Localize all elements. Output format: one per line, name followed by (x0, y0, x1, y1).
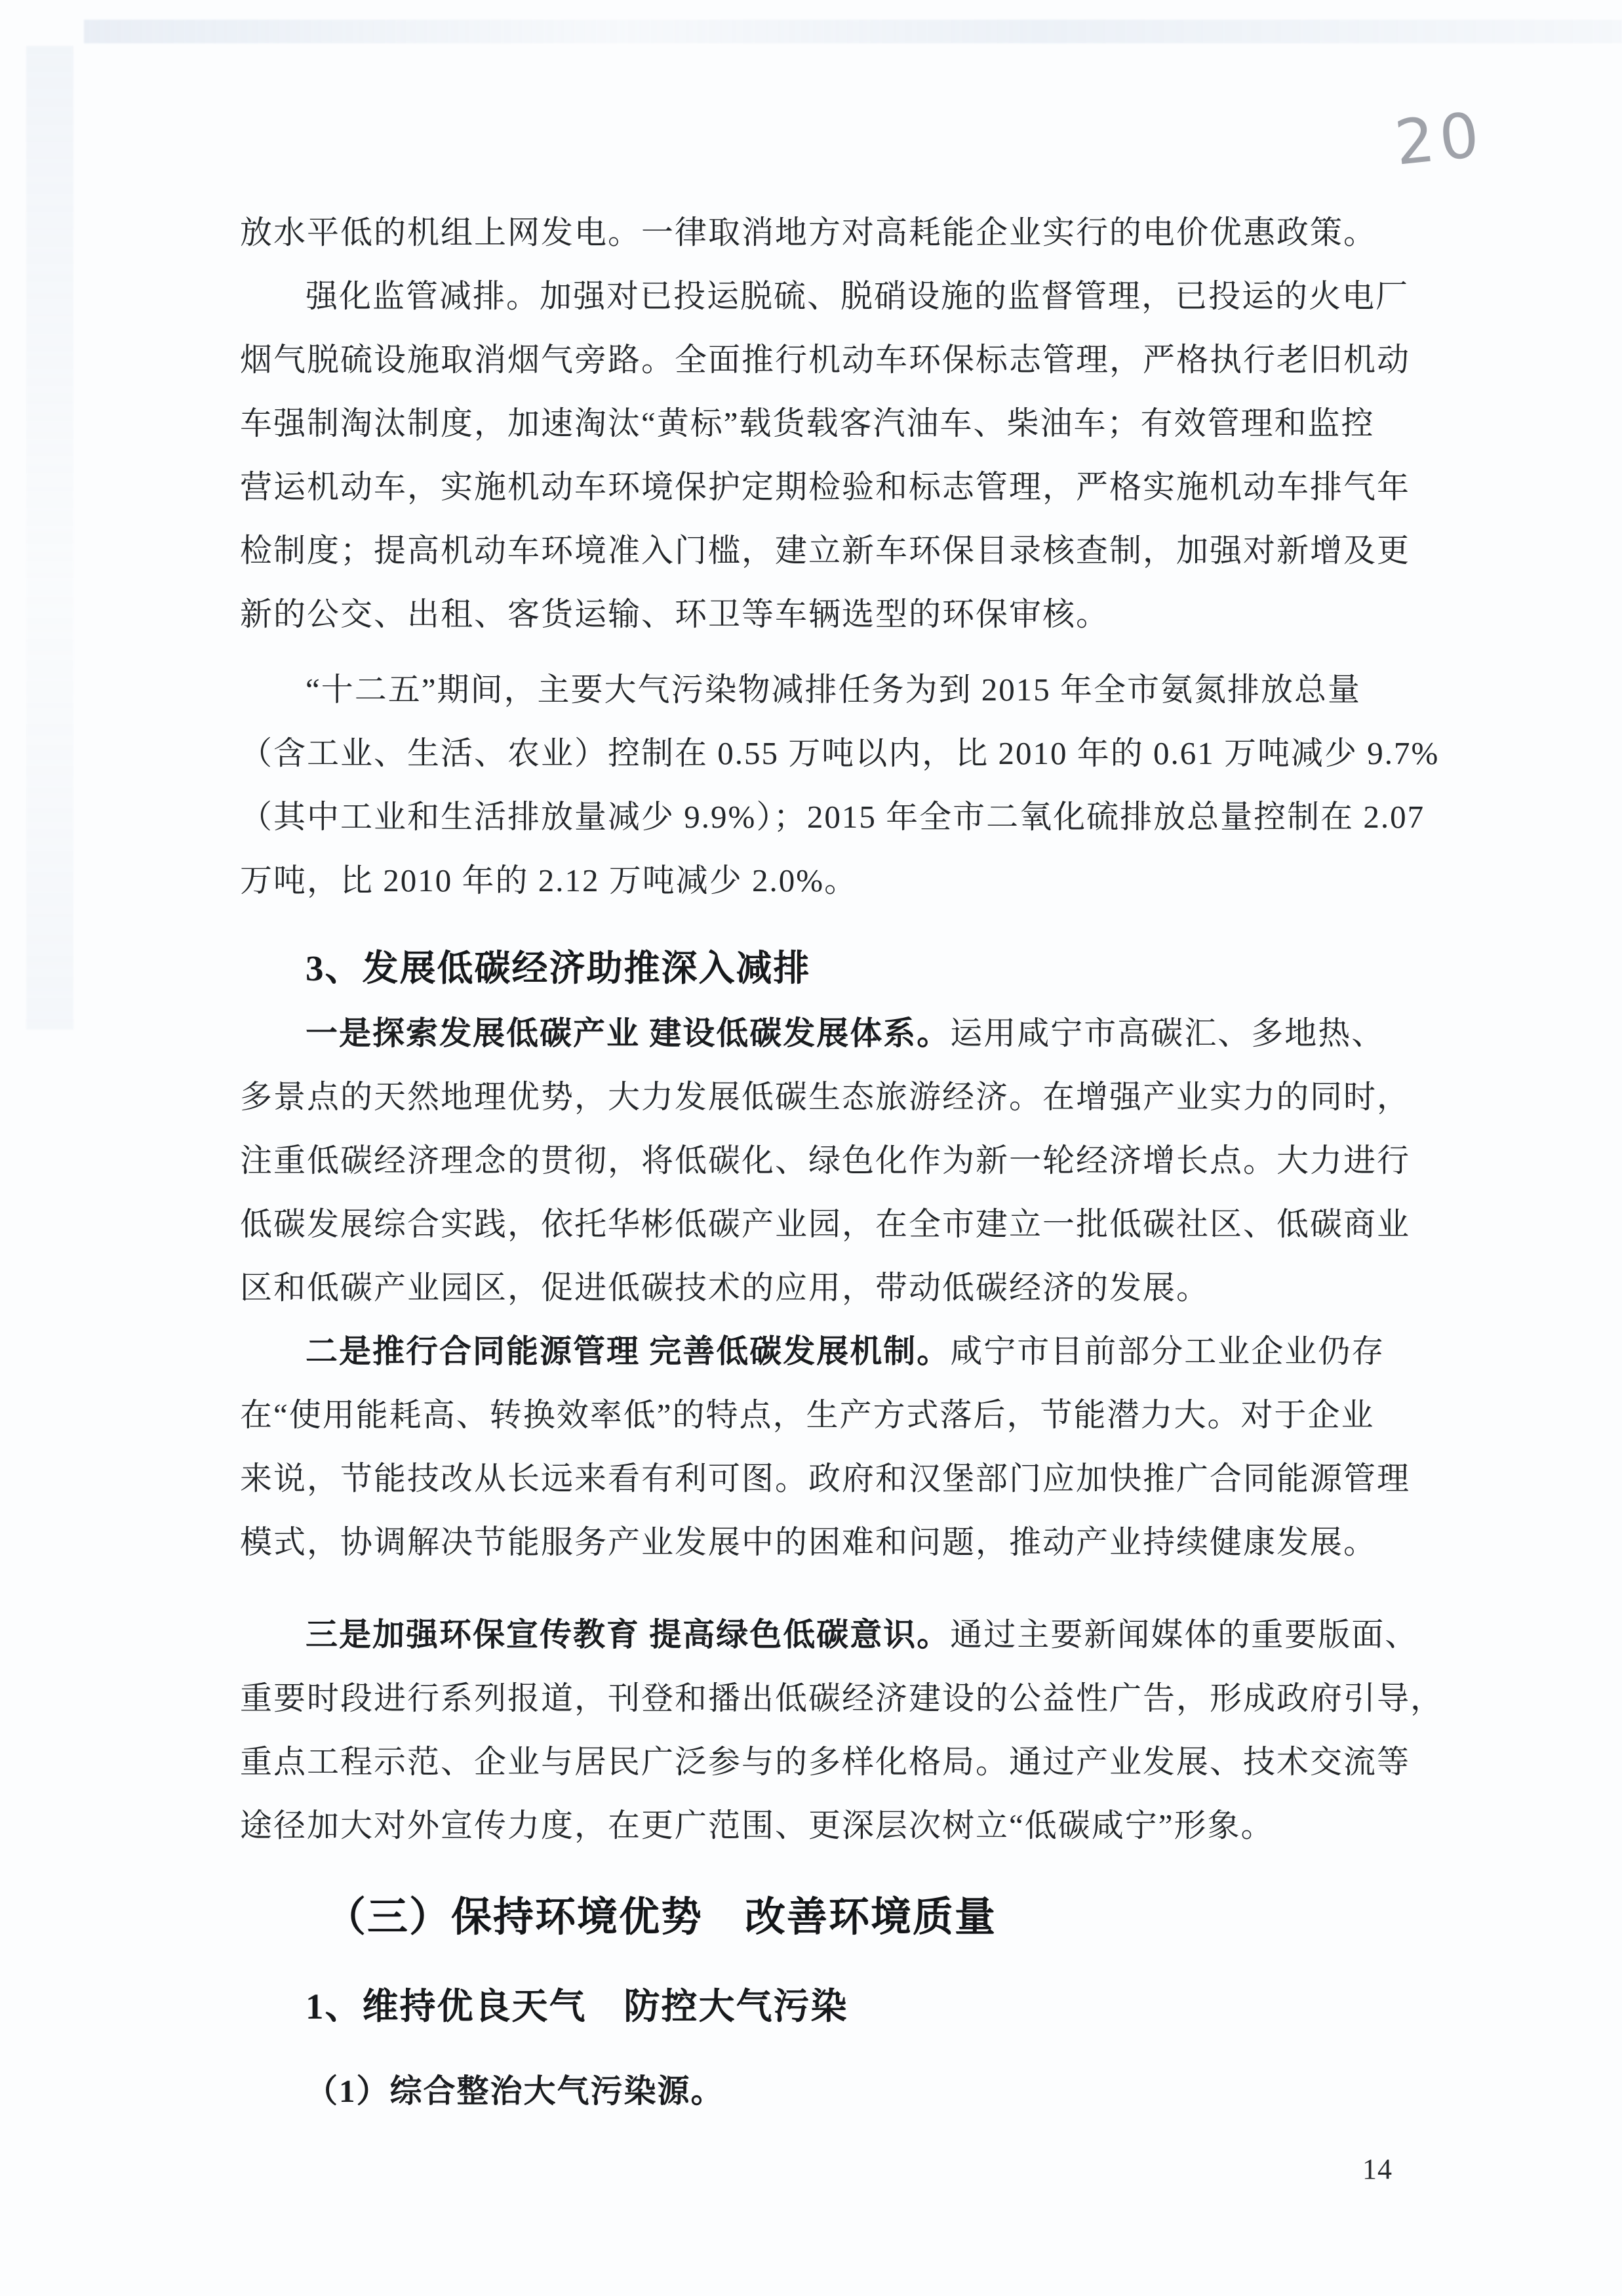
text-run: 营运机动车，实施机动车环境保护定期检验和标志管理，严格实施机动车排气年 (240, 469, 1410, 505)
text-line: 来说，节能技改从长远来看有利可图。政府和汉堡部门应加快推广合同能源管理 (240, 1447, 1400, 1510)
text-run: 模式，协调解决节能服务产业发展中的困难和问题，推动产业持续健康发展。 (240, 1524, 1377, 1560)
heading-1-maintain-good-weather: 1、维持优良天气 防控大气污染 (240, 1974, 1400, 2040)
text-line: （含工业、生活、农业）控制在 0.55 万吨以内，比 2010 年的 0.61 … (240, 721, 1400, 785)
text-run: 放水平低的机组上网发电。一律取消地方对高耗能企业实行的电价优惠政策。 (240, 214, 1377, 251)
scan-artifact-top-band (84, 20, 1622, 43)
text-run: 途径加大对外宣传力度，在更广范围、更深层次树立“低碳咸宁”形象。 (240, 1807, 1275, 1843)
bold-run: 三是加强环保宣传教育 提高绿色低碳意识。 (306, 1617, 950, 1653)
text-run: （含工业、生活、农业）控制在 0.55 万吨以内，比 2010 年的 0.61 … (240, 735, 1439, 771)
text-run: 多景点的天然地理优势，大力发展低碳生态旅游经济。在增强产业实力的同时， (240, 1079, 1410, 1115)
text-run: 万吨，比 2010 年的 2.12 万吨减少 2.0%。 (240, 862, 858, 898)
heading-section-3-maintain-environment-advantage: （三）保持环境优势 改善环境质量 (240, 1881, 1400, 1954)
text-run: 区和低碳产业园区，促进低碳技术的应用，带动低碳经济的发展。 (240, 1270, 1210, 1306)
text-line: 途径加大对外宣传力度，在更广范围、更深层次树立“低碳咸宁”形象。 (240, 1794, 1400, 1857)
paragraph-first-explore-low-carbon-industry: 一是探索发展低碳产业 建设低碳发展体系。运用咸宁市高碳汇、多地热、多景点的天然地… (240, 1001, 1400, 1319)
text-line: 放水平低的机组上网发电。一律取消地方对高耗能企业实行的电价优惠政策。 (240, 201, 1400, 264)
text-run: 重点工程示范、企业与居民广泛参与的多样化格局。通过产业发展、技术交流等 (240, 1744, 1410, 1780)
heading-3-develop-low-carbon-economy: 3、发展低碳经济助推深入减排 (240, 936, 1400, 1001)
text-run: 通过主要新闻媒体的重要版面、 (950, 1617, 1418, 1653)
text-line: 模式，协调解决节能服务产业发展中的困难和问题，推动产业持续健康发展。 (240, 1510, 1400, 1574)
paragraph-12th-five-year-emission-targets: “十二五”期间，主要大气污染物减排任务为到 2015 年全市氨氮排放总量（含工业… (240, 658, 1400, 912)
text-line: 重点工程示范、企业与居民广泛参与的多样化格局。通过产业发展、技术交流等 (240, 1730, 1400, 1794)
text-run: 咸宁市目前部分工业企业仍存 (950, 1333, 1385, 1369)
paragraph-third-environmental-publicity: 三是加强环保宣传教育 提高绿色低碳意识。通过主要新闻媒体的重要版面、重要时段进行… (240, 1603, 1400, 1857)
text-run: 低碳发展综合实践，依托华彬低碳产业园，在全市建立一批低碳社区、低碳商业 (240, 1206, 1410, 1242)
text-line: 检制度；提高机动车环境准入门槛，建立新车环保目录核查制，加强对新增及更 (240, 519, 1400, 582)
text-run: 重要时段进行系列报道，刊登和播出低碳经济建设的公益性广告，形成政府引导， (240, 1680, 1444, 1716)
text-run: 3、发展低碳经济助推深入减排 (306, 948, 811, 988)
text-line: 强化监管减排。加强对已投运脱硫、脱硝设施的监督管理，已投运的火电厂 (240, 264, 1400, 328)
text-line: 车强制淘汰制度，加速淘汰“黄标”载货载客汽油车、柴油车；有效管理和监控 (240, 392, 1400, 455)
paragraph-second-contract-energy-management: 二是推行合同能源管理 完善低碳发展机制。咸宁市目前部分工业企业仍存在“使用能耗高… (240, 1319, 1400, 1574)
text-run: 烟气脱硫设施取消烟气旁路。全面推行机动车环保标志管理，严格执行老旧机动 (240, 342, 1410, 378)
text-line: 一是探索发展低碳产业 建设低碳发展体系。运用咸宁市高碳汇、多地热、 (240, 1001, 1400, 1065)
text-run: 注重低碳经济理念的贯彻，将低碳化、绿色化作为新一轮经济增长点。大力进行 (240, 1142, 1410, 1178)
text-line: 注重低碳经济理念的贯彻，将低碳化、绿色化作为新一轮经济增长点。大力进行 (240, 1129, 1400, 1192)
text-run: （三）保持环境优势 改善环境质量 (325, 1895, 997, 1940)
text-line: 在“使用能耗高、转换效率低”的特点，生产方式落后，节能潜力大。对于企业 (240, 1383, 1400, 1447)
text-line: “十二五”期间，主要大气污染物减排任务为到 2015 年全市氨氮排放总量 (240, 658, 1400, 721)
scan-artifact-left-strip (26, 46, 73, 1030)
text-line: （三）保持环境优势 改善环境质量 (240, 1881, 1400, 1954)
text-line: 区和低碳产业园区，促进低碳技术的应用，带动低碳经济的发展。 (240, 1256, 1400, 1319)
text-line: 3、发展低碳经济助推深入减排 (240, 936, 1400, 1001)
paragraph-continuation-electricity-policy: 放水平低的机组上网发电。一律取消地方对高耗能企业实行的电价优惠政策。 (240, 201, 1400, 264)
paragraph-strengthen-supervision-reduction: 强化监管减排。加强对已投运脱硫、脱硝设施的监督管理，已投运的火电厂烟气脱硫设施取… (240, 264, 1400, 646)
text-line: 三是加强环保宣传教育 提高绿色低碳意识。通过主要新闻媒体的重要版面、 (240, 1603, 1400, 1666)
bold-run: 一是探索发展低碳产业 建设低碳发展体系。 (306, 1015, 950, 1051)
text-line: 万吨，比 2010 年的 2.12 万吨减少 2.0%。 (240, 849, 1400, 912)
text-run: （其中工业和生活排放量减少 9.9%）；2015 年全市二氧化硫排放总量控制在 … (240, 799, 1425, 835)
text-line: 低碳发展综合实践，依托华彬低碳产业园，在全市建立一批低碳社区、低碳商业 (240, 1192, 1400, 1256)
text-run: 运用咸宁市高碳汇、多地热、 (950, 1015, 1385, 1051)
text-line: 二是推行合同能源管理 完善低碳发展机制。咸宁市目前部分工业企业仍存 (240, 1319, 1400, 1383)
text-run: 检制度；提高机动车环境准入门槛，建立新车环保目录核查制，加强对新增及更 (240, 533, 1410, 569)
subitem-1-comprehensive-air-pollution-control: （1）综合整治大气污染源。 (240, 2059, 1400, 2123)
text-line: 重要时段进行系列报道，刊登和播出低碳经济建设的公益性广告，形成政府引导， (240, 1666, 1400, 1730)
text-run: 强化监管减排。加强对已投运脱硫、脱硝设施的监督管理，已投运的火电厂 (306, 278, 1409, 314)
document-body: 放水平低的机组上网发电。一律取消地方对高耗能企业实行的电价优惠政策。强化监管减排… (240, 201, 1400, 2123)
text-run: 在“使用能耗高、转换效率低”的特点，生产方式落后，节能潜力大。对于企业 (240, 1397, 1375, 1433)
handwritten-pencil-annotation: 20 (1392, 99, 1488, 180)
text-run: （1）综合整治大气污染源。 (306, 2073, 724, 2109)
text-line: 烟气脱硫设施取消烟气旁路。全面推行机动车环保标志管理，严格执行老旧机动 (240, 328, 1400, 392)
text-line: （1）综合整治大气污染源。 (240, 2059, 1400, 2123)
text-run: 车强制淘汰制度，加速淘汰“黄标”载货载客汽油车、柴油车；有效管理和监控 (240, 405, 1375, 441)
text-run: “十二五”期间，主要大气污染物减排任务为到 2015 年全市氨氮排放总量 (306, 672, 1361, 708)
text-line: 营运机动车，实施机动车环境保护定期检验和标志管理，严格实施机动车排气年 (240, 455, 1400, 519)
text-line: 多景点的天然地理优势，大力发展低碳生态旅游经济。在增强产业实力的同时， (240, 1065, 1400, 1129)
text-line: 1、维持优良天气 防控大气污染 (240, 1974, 1400, 2040)
text-run: 1、维持优良天气 防控大气污染 (306, 1986, 848, 2026)
text-line: （其中工业和生活排放量减少 9.9%）；2015 年全市二氧化硫排放总量控制在 … (240, 785, 1400, 849)
text-run: 来说，节能技改从长远来看有利可图。政府和汉堡部门应加快推广合同能源管理 (240, 1460, 1410, 1497)
text-line: 新的公交、出租、客货运输、环卫等车辆选型的环保审核。 (240, 582, 1400, 646)
page-number: 14 (1362, 2152, 1393, 2186)
bold-run: 二是推行合同能源管理 完善低碳发展机制。 (306, 1333, 950, 1369)
text-run: 新的公交、出租、客货运输、环卫等车辆选型的环保审核。 (240, 596, 1109, 632)
